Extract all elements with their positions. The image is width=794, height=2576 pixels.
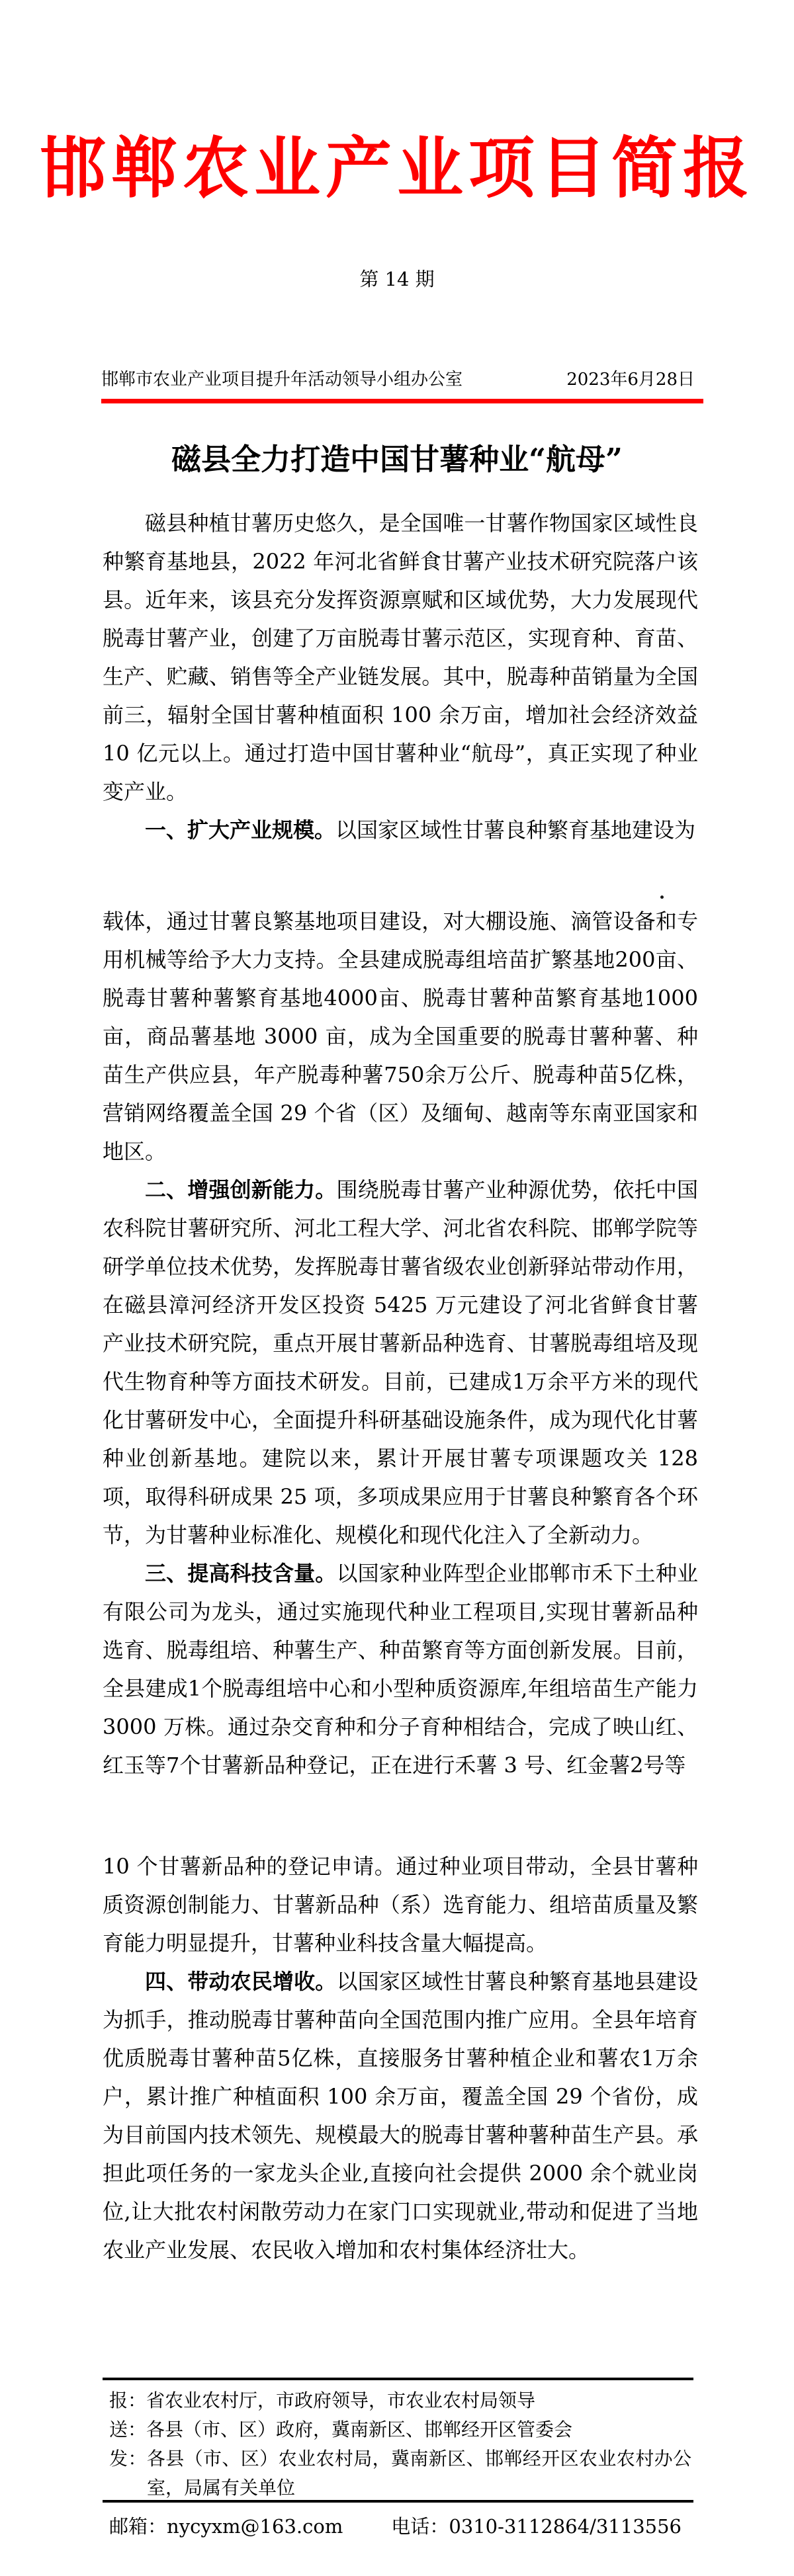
article-body: 磁县种植甘薯历史悠久，是全国唯一甘薯作物国家区域性良种繁育基地县，2022 年河… xyxy=(103,504,698,2269)
email-label: 邮箱： xyxy=(109,2515,167,2538)
page-break-gap xyxy=(103,849,698,902)
footer-top-rule xyxy=(103,2378,693,2380)
row-label: 送： xyxy=(109,2419,146,2440)
masthead-red-rule xyxy=(101,399,703,403)
scan-artifact-dot xyxy=(660,895,664,899)
paragraph-text: 10 个甘薯新品种的登记申请。通过种业项目带动，全县甘薯种质资源创制能力、甘薯新… xyxy=(103,1854,698,1956)
section-4-heading: 四、带动农民增收。 xyxy=(145,1969,336,1994)
section-2-heading: 二、增强创新能力。 xyxy=(145,1177,336,1202)
section-3-continuation-paragraph: 10 个甘薯新品种的登记申请。通过种业项目带动，全县甘薯种质资源创制能力、甘薯新… xyxy=(103,1847,698,1962)
paragraph-text: 以国家区域性甘薯良种繁育基地县建设为抓手，推动脱毒甘薯种苗向全国范围内推广应用。… xyxy=(103,1969,698,2263)
bulletin-page: 邯郸农业产业项目简报 第 14 期 邯郸市农业产业项目提升年活动领导小组办公室 … xyxy=(0,0,794,2576)
distribution-row-report: 报：省农业农村厅，市政府领导，市农业农村局领导 xyxy=(109,2386,691,2415)
section-3-heading: 三、提高科技含量。 xyxy=(145,1561,336,1586)
phone-label: 电话： xyxy=(391,2515,449,2538)
issuing-office: 邯郸市农业产业项目提升年活动领导小组办公室 xyxy=(101,368,463,392)
row-label: 报： xyxy=(109,2389,146,2411)
contact-row: 邮箱：nycyxm@163.com 电话：0310-3112864/311355… xyxy=(109,2513,682,2540)
phone-item: 电话：0310-3112864/3113556 xyxy=(391,2513,682,2540)
distribution-row-issue: 发：各县（市、区）农业农村局，冀南新区、邯郸经开区农业农村办公室，局属有关单位 xyxy=(109,2444,691,2503)
email-item: 邮箱：nycyxm@163.com xyxy=(109,2513,343,2540)
section-3-lead-paragraph: 三、提高科技含量。以国家种业阵型企业邯郸市禾下土种业有限公司为龙头，通过实施现代… xyxy=(103,1554,698,1784)
intro-paragraph: 磁县种植甘薯历史悠久，是全国唯一甘薯作物国家区域性良种繁育基地县，2022 年河… xyxy=(103,504,698,811)
row-label: 发： xyxy=(109,2448,147,2470)
email-value: nycyxm@163.com xyxy=(167,2515,343,2538)
masthead-title: 邯郸农业产业项目简报 xyxy=(0,134,794,203)
article-title: 磁县全力打造中国甘薯种业“航母” xyxy=(0,442,794,478)
paragraph-text: 磁县种植甘薯历史悠久，是全国唯一甘薯作物国家区域性良种繁育基地县，2022 年河… xyxy=(103,511,698,804)
section-1-heading: 一、扩大产业规模。 xyxy=(145,817,335,843)
section-1-lead-paragraph: 一、扩大产业规模。以国家区域性甘薯良种繁育基地建设为 xyxy=(103,811,698,849)
row-text: 省农业农村厅，市政府领导，市农业农村局领导 xyxy=(146,2389,535,2411)
section-4-paragraph: 四、带动农民增收。以国家区域性甘薯良种繁育基地县建设为抓手，推动脱毒甘薯种苗向全… xyxy=(103,1962,698,2269)
footer-bottom-rule xyxy=(103,2500,693,2503)
section-2-paragraph: 二、增强创新能力。围绕脱毒甘薯产业种源优势，依托中国农科院甘薯研究所、河北工程大… xyxy=(103,1171,698,1554)
page-break-gap xyxy=(103,1784,698,1847)
phone-value: 0310-3112864/3113556 xyxy=(449,2515,682,2538)
row-text: 各县（市、区）农业农村局，冀南新区、邯郸经开区农业农村办公室，局属有关单位 xyxy=(147,2448,691,2499)
distribution-row-send: 送：各县（市、区）政府，冀南新区、邯郸经开区管委会 xyxy=(109,2415,691,2444)
issue-date: 2023年6月28日 xyxy=(566,368,695,392)
masthead-meta-row: 邯郸市农业产业项目提升年活动领导小组办公室 2023年6月28日 xyxy=(101,368,695,392)
paragraph-text: 载体，通过甘薯良繁基地项目建设，对大棚设施、滴管设备和专用机械等给予大力支持。全… xyxy=(103,909,698,1164)
distribution-list: 报：省农业农村厅，市政府领导，市农业农村局领导 送：各县（市、区）政府，冀南新区… xyxy=(109,2386,691,2503)
row-text: 各县（市、区）政府，冀南新区、邯郸经开区管委会 xyxy=(146,2419,572,2440)
issue-number: 第 14 期 xyxy=(0,267,794,291)
paragraph-text: 以国家区域性甘薯良种繁育基地建设为 xyxy=(335,817,695,843)
section-1-continuation-paragraph: 载体，通过甘薯良繁基地项目建设，对大棚设施、滴管设备和专用机械等给予大力支持。全… xyxy=(103,902,698,1171)
paragraph-text: 以国家种业阵型企业邯郸市禾下土种业有限公司为龙头，通过实施现代种业工程项目,实现… xyxy=(103,1561,698,1778)
paragraph-text: 围绕脱毒甘薯产业种源优势，依托中国农科院甘薯研究所、河北工程大学、河北省农科院、… xyxy=(103,1177,698,1548)
